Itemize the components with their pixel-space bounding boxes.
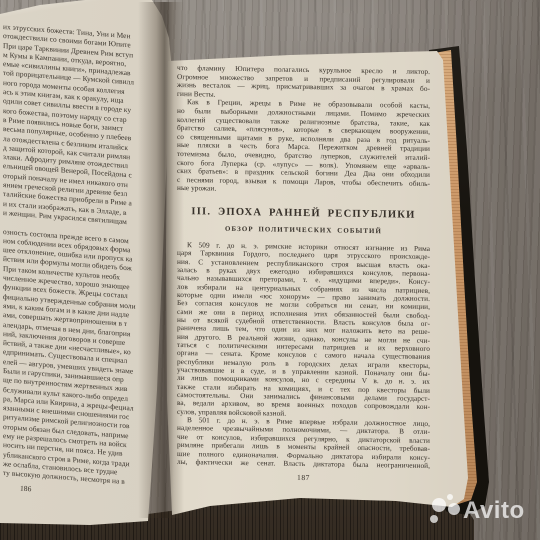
right-page-top-paragraphs: что фламину Юпитера полагались курульное… xyxy=(177,64,430,197)
right-page-body-paragraphs: К 509 г. до н. э. римские историки относ… xyxy=(177,241,430,470)
section-subheading: ОБЗОР ПОЛИТИЧЕСКИХ СОБЫТИЙ xyxy=(177,225,430,236)
right-page-text: что фламину Юпитера полагались курульное… xyxy=(177,64,430,484)
avito-brand-text: Avito xyxy=(463,497,525,525)
avito-logo-circle xyxy=(448,503,460,515)
text-line: лы, фактически же сенат. Власть диктатор… xyxy=(177,458,430,470)
avito-logo-circle xyxy=(432,498,446,512)
avito-logo-circle xyxy=(447,494,453,500)
left-page-number: 186 xyxy=(20,484,32,494)
book-photo: их этрусских божеств: Тина, Уни и Меното… xyxy=(0,0,540,540)
section-heading: III. ЭПОХА РАННЕЙ РЕСПУБЛИКИ xyxy=(177,206,430,221)
right-page-number: 187 xyxy=(177,471,430,484)
gutter-shadow xyxy=(138,2,184,518)
avito-logo-circle xyxy=(430,515,438,523)
avito-watermark: Avito xyxy=(428,489,540,535)
